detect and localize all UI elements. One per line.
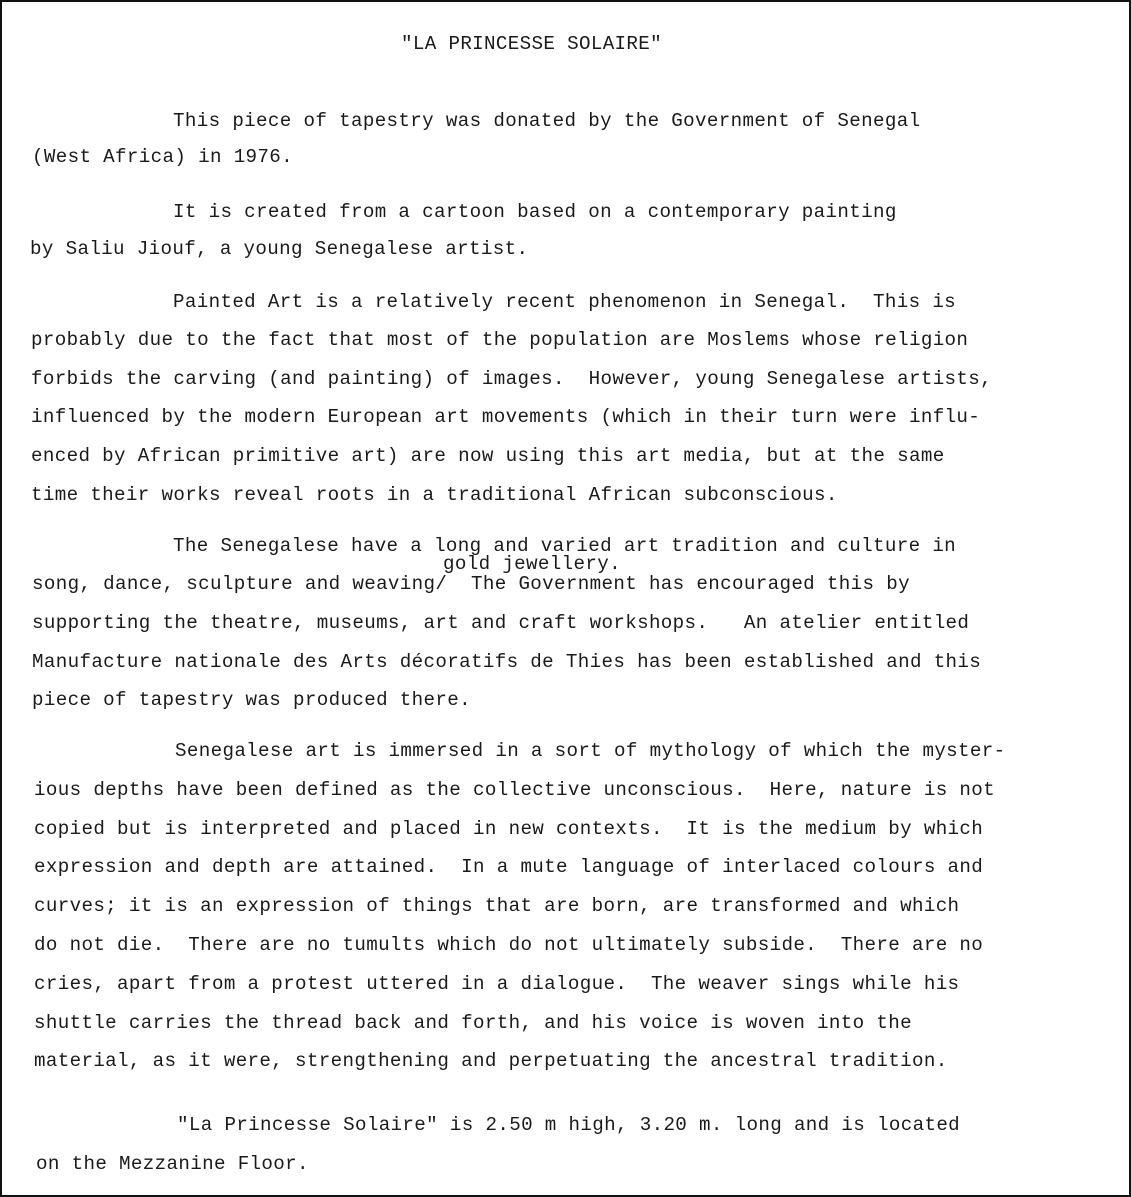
paragraph-1-line-2: (West Africa) in 1976. [32, 148, 293, 167]
paragraph-6-line-1: "La Princesse Solaire" is 2.50 m high, 3… [177, 1116, 960, 1135]
handwritten-insertion: gold jewellery. [443, 555, 621, 574]
paragraph-5-line-1: Senegalese art is immersed in a sort of … [175, 742, 1006, 761]
paragraph-5-line-8: shuttle carries the thread back and fort… [34, 1014, 912, 1033]
paragraph-3-line-1: Painted Art is a relatively recent pheno… [173, 293, 956, 312]
paragraph-5-line-4: expression and depth are attained. In a … [34, 858, 983, 877]
paragraph-4-line-2: song, dance, sculpture and weaving/ The … [32, 575, 910, 594]
paragraph-5-line-9: material, as it were, strengthening and … [34, 1052, 948, 1071]
paragraph-3-line-6: time their works reveal roots in a tradi… [31, 486, 838, 505]
paragraph-5-line-2: ious depths have been defined as the col… [34, 781, 995, 800]
document-page: "LA PRINCESSE SOLAIRE" This piece of tap… [0, 0, 1131, 1197]
paragraph-5-line-3: copied but is interpreted and placed in … [34, 820, 983, 839]
paragraph-2-line-2: by Saliu Jiouf, a young Senegalese artis… [30, 240, 528, 259]
paragraph-3-line-5: enced by African primitive art) are now … [31, 447, 945, 466]
paragraph-2-line-1: It is created from a cartoon based on a … [173, 203, 897, 222]
paragraph-4-line-3: supporting the theatre, museums, art and… [32, 614, 969, 633]
paragraph-5-line-7: cries, apart from a protest uttered in a… [34, 975, 959, 994]
paragraph-5-line-6: do not die. There are no tumults which d… [34, 936, 983, 955]
paragraph-5-line-5: curves; it is an expression of things th… [34, 897, 959, 916]
paragraph-3-line-2: probably due to the fact that most of th… [31, 331, 968, 350]
document-title: "LA PRINCESSE SOLAIRE" [401, 35, 662, 54]
paragraph-3-line-3: forbids the carving (and painting) of im… [31, 370, 992, 389]
paragraph-4-line-4: Manufacture nationale des Arts décoratif… [32, 653, 981, 672]
paragraph-6-line-2: on the Mezzanine Floor. [36, 1155, 309, 1174]
paragraph-3-line-4: influenced by the modern European art mo… [31, 408, 980, 427]
paragraph-4-line-5: piece of tapestry was produced there. [32, 691, 471, 710]
paragraph-1-line-1: This piece of tapestry was donated by th… [173, 112, 920, 131]
